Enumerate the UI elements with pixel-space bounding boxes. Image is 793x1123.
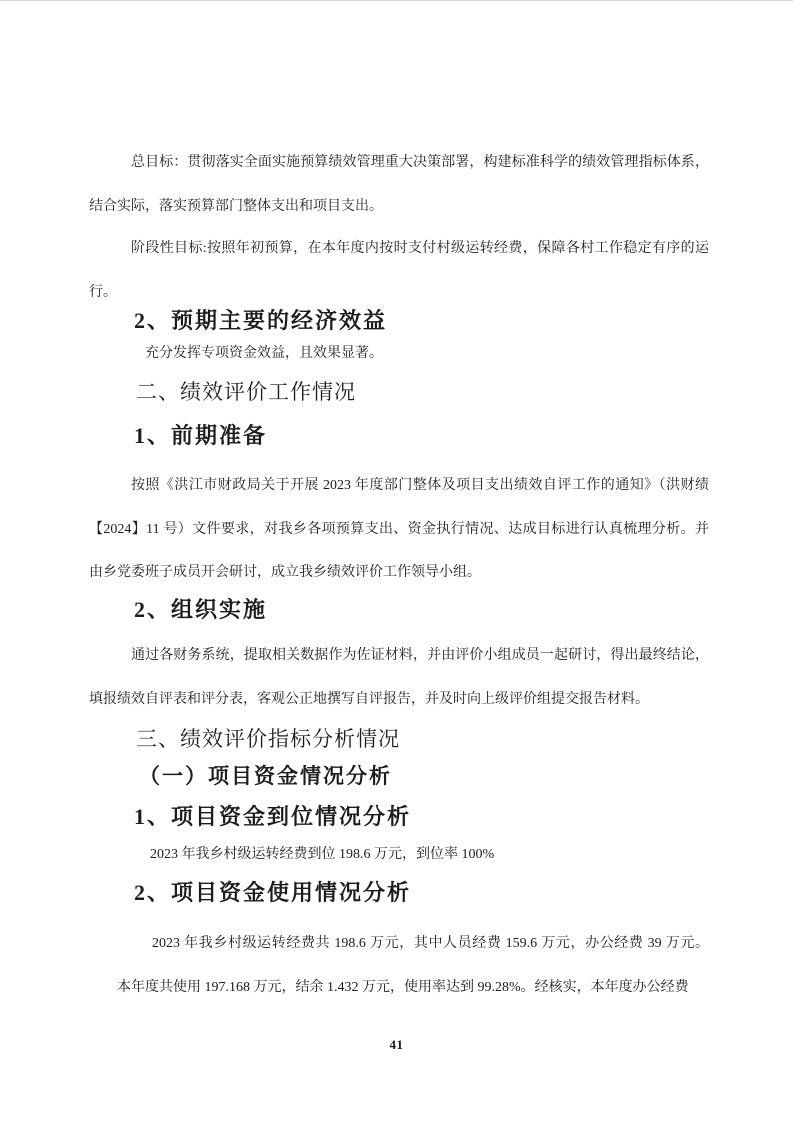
paragraph-preparation: 按照《洪江市财政局关于开展 2023 年度部门整体及项目支出绩效自评工作的通知》… [89,464,709,595]
paragraph-overall-goal: 总目标：贯彻落实全面实施预算绩效管理重大决策部署，构建标准科学的绩效管理指标体系… [89,141,709,228]
paragraph-line: 本年度共使用 197.168 万元，结余 1.432 万元，使用率达到 99.2… [117,966,709,1010]
paragraph-line: 总目标：贯彻落实全面实施预算绩效管理重大决策部署，构建标准科学的绩效管理指标体系… [89,141,709,185]
paragraph-line: 【2024】11 号）文件要求，对我乡各项预算支出、资金执行情况、达成目标进行认… [89,508,709,552]
paragraph-line: 阶段性目标:按照年初预算，在本年度内按时支付村级运转经费，保障各村工作稳定有序的… [89,227,709,271]
heading-section-evaluation-work: 二、绩效评价工作情况 [136,380,356,406]
line-economic-benefit: 充分发挥专项资金效益，且效果显著。 [145,344,383,364]
paragraph-fund-usage: 2023 年我乡村级运转经费共 198.6 万元，其中人员经费 159.6 万元… [117,922,709,1009]
paragraph-line: 由乡党委班子成员开会研讨，成立我乡绩效评价工作领导小组。 [89,551,709,595]
report-page: 总目标：贯彻落实全面实施预算绩效管理重大决策部署，构建标准科学的绩效管理指标体系… [0,0,793,1123]
paragraph-line: 结合实际，落实预算部门整体支出和项目支出。 [89,185,709,229]
paragraph-line: 按照《洪江市财政局关于开展 2023 年度部门整体及项目支出绩效自评工作的通知》… [89,464,709,508]
paragraph-implementation: 通过各财务系统，提取相关数据作为佐证材料，并由评价小组成员一起研讨，得出最终结论… [89,634,709,721]
paragraph-stage-goal: 阶段性目标:按照年初预算，在本年度内按时支付村级运转经费，保障各村工作稳定有序的… [89,227,709,314]
heading-fund-arrival: 1、项目资金到位情况分析 [134,803,411,831]
heading-fund-overview: （一）项目资金情况分析 [139,763,392,789]
heading-fund-usage: 2、项目资金使用情况分析 [134,879,411,907]
heading-preparation: 1、前期准备 [134,422,267,450]
paragraph-line: 填报绩效自评表和评分表，客观公正地撰写自评报告，并及时向上级评价组提交报告材料。 [89,678,709,722]
heading-section-indicator-analysis: 三、绩效评价指标分析情况 [136,727,400,753]
paragraph-line: 2023 年我乡村级运转经费共 198.6 万元，其中人员经费 159.6 万元… [117,922,709,966]
paragraph-line: 通过各财务系统，提取相关数据作为佐证材料，并由评价小组成员一起研讨，得出最终结论… [89,634,709,678]
page-number: 41 [0,1037,793,1053]
line-fund-arrival: 2023 年我乡村级运转经费到位 198.6 万元，到位率 100% [150,845,494,865]
heading-implementation: 2、组织实施 [134,596,267,624]
heading-economic-benefit: 2、预期主要的经济效益 [134,307,387,335]
